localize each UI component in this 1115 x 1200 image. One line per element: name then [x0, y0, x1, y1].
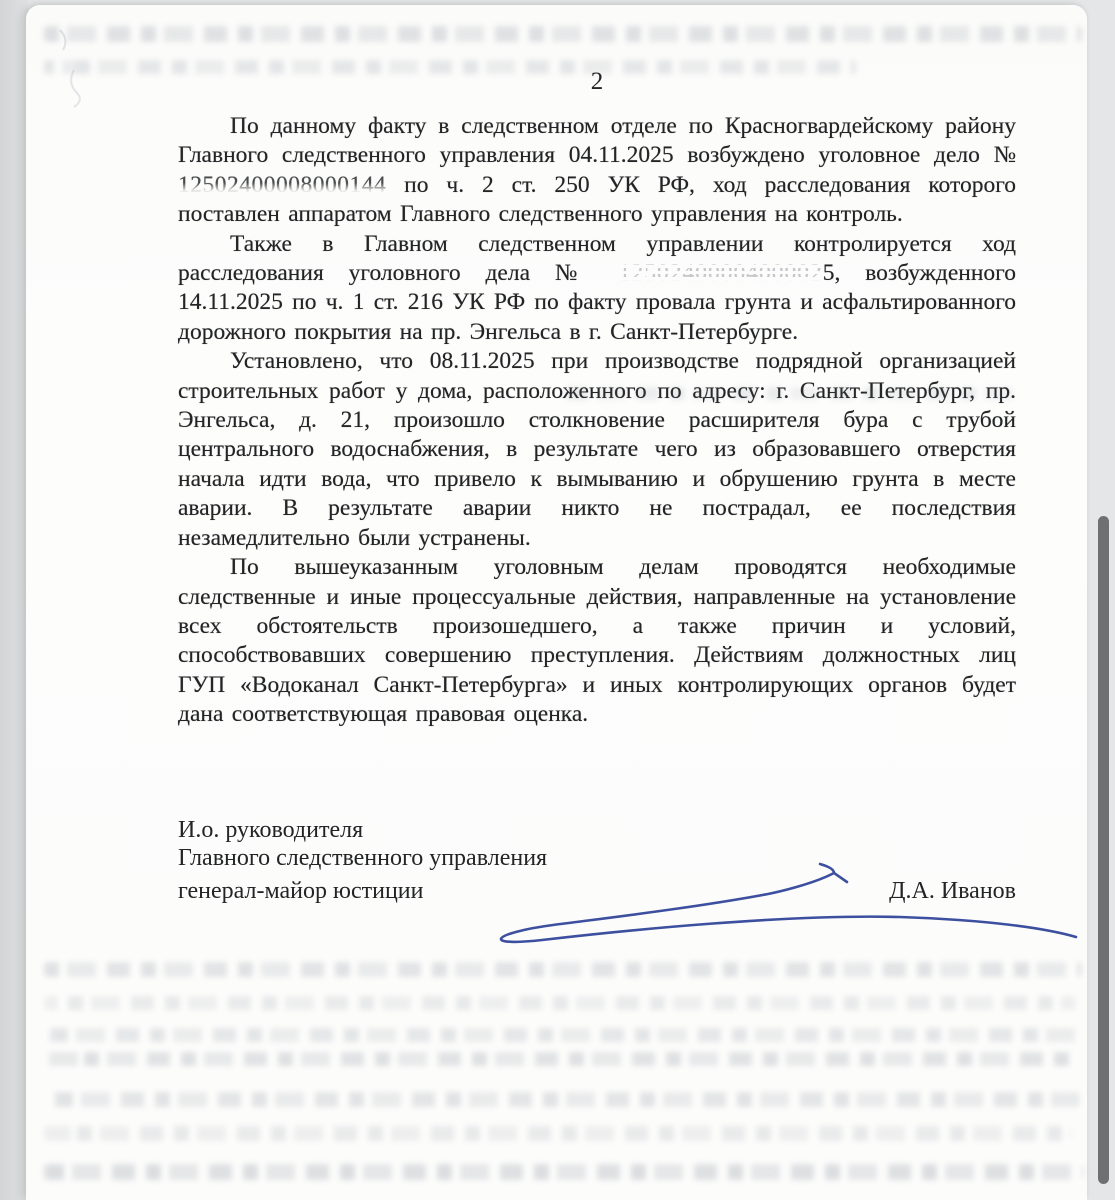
page-left-edge — [0, 0, 28, 1200]
case-number-1: 12502400008000144 — [178, 172, 386, 198]
bleed-through-line — [44, 1092, 1080, 1107]
paragraph-4: По вышеуказанным уголовным делам проводя… — [178, 553, 1016, 729]
document-body: По данному факту в следственном отделе п… — [178, 112, 1016, 730]
paragraph-1: По данному факту в следственном отделе п… — [178, 112, 1016, 230]
page-number: 2 — [178, 68, 1016, 96]
handwritten-signature — [468, 852, 1088, 944]
bleed-through-line — [556, 387, 1014, 400]
case-number-2-tail: 5 — [823, 260, 835, 286]
scrollbar-thumb[interactable] — [1098, 516, 1109, 1184]
bleed-through-line — [44, 962, 1082, 977]
bleed-through-line — [44, 1052, 1072, 1066]
bleed-through-line — [44, 1028, 1080, 1042]
signatory-position-line1: И.о. руководителя — [178, 816, 1016, 844]
bleed-through-line — [44, 26, 1082, 42]
signatory-rank: генерал-майор юстиции — [178, 878, 423, 905]
bleed-through-line — [44, 1164, 1084, 1180]
case-number-2-faint: 1250240000400002 — [619, 260, 823, 286]
paragraph-2: Также в Главном следственном управлении … — [178, 230, 1016, 348]
paragraph-1-text: По данному факту в следственном отделе п… — [178, 113, 1016, 168]
paragraph-3: Установлено, что 08.11.2025 при производ… — [178, 347, 1016, 553]
bleed-through-line — [44, 996, 1076, 1010]
document-viewer: 2 По данному факту в следственном отделе… — [0, 0, 1115, 1200]
bleed-through-line — [44, 1126, 1072, 1141]
